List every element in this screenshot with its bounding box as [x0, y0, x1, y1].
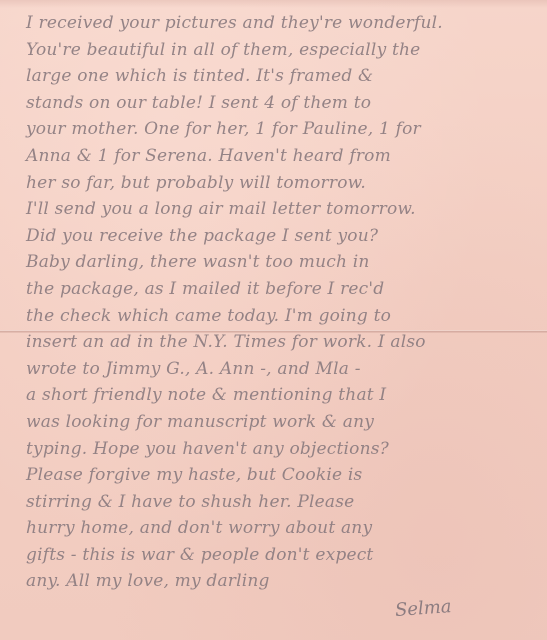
letter-line: Anna & 1 for Serena. Haven't heard from — [26, 143, 546, 170]
letter-line: You're beautiful in all of them, especia… — [26, 37, 546, 64]
letter-line: stands on our table! I sent 4 of them to — [26, 90, 546, 117]
signature: Selma — [394, 596, 452, 621]
letter-body: I received your pictures and they're won… — [26, 10, 546, 595]
letter-line: gifts - this is war & people don't expec… — [26, 542, 546, 569]
letter-line: any. All my love, my darling — [26, 568, 546, 595]
letter-line: Please forgive my haste, but Cookie is — [26, 462, 546, 489]
letter-line: hurry home, and don't worry about any — [26, 515, 546, 542]
letter-line: I received your pictures and they're won… — [26, 10, 546, 37]
letter-line: large one which is tinted. It's framed & — [26, 63, 546, 90]
letter-line: a short friendly note & mentioning that … — [26, 382, 546, 409]
letter-line: the package, as I mailed it before I rec… — [26, 276, 546, 303]
letter-line: Did you receive the package I sent you? — [26, 223, 546, 250]
letter-line: wrote to Jimmy G., A. Ann -, and Mla - — [26, 356, 546, 383]
paper-top-edge — [0, 0, 547, 8]
letter-line: stirring & I have to shush her. Please — [26, 489, 546, 516]
letter-line: Baby darling, there wasn't too much in — [26, 249, 546, 276]
letter-line: her so far, but probably will tomorrow. — [26, 170, 546, 197]
letter-line: typing. Hope you haven't any objections? — [26, 436, 546, 463]
letter-line: I'll send you a long air mail letter tom… — [26, 196, 546, 223]
letter-line: the check which came today. I'm going to — [26, 303, 546, 330]
letter-line: was looking for manuscript work & any — [26, 409, 546, 436]
letter-page: I received your pictures and they're won… — [0, 0, 547, 640]
letter-line: your mother. One for her, 1 for Pauline,… — [26, 116, 546, 143]
letter-line: insert an ad in the N.Y. Times for work.… — [26, 329, 546, 356]
